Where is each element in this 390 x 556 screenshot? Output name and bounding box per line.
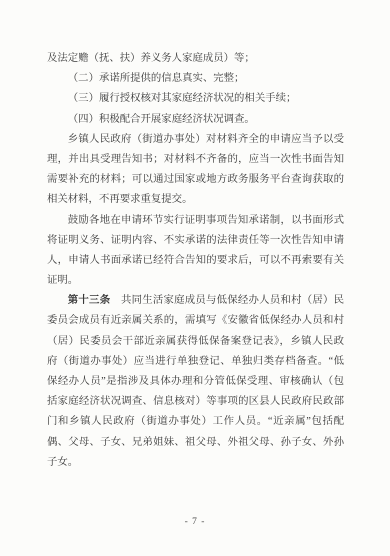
text-line: 证明。 <box>47 271 344 291</box>
text-line: 需要补充的材料；可以通过国家或地方政务服务平台查询获取的 <box>47 170 344 190</box>
text-line: 括家庭经济状况调查、信息核对）等事项的区县人民政府民政部 <box>47 392 344 412</box>
line-text: （二）承诺所提供的信息真实、完整； <box>68 73 245 84</box>
line-text: 府（街道办事处）应当进行单独登记、单独归类存档备查。“低 <box>47 356 344 367</box>
line-text: 需要补充的材料；可以通过国家或地方政务服务平台查询获取的 <box>47 174 344 185</box>
text-line: 门和乡镇人民政府（街道办事处）工作人员。“近亲属”包括配 <box>47 412 344 432</box>
text-line: 偶、父母、子女、兄弟姐妹、祖父母、外祖父母、孙子女、外孙 <box>47 433 344 453</box>
document-page: 及法定赡（抚、扶）养义务人家庭成员）等；（二）承诺所提供的信息真实、完整；（三）… <box>0 0 390 556</box>
line-text: 相关材料，不再要求重复提交。 <box>47 194 192 205</box>
line-text: 保经办人员”是指涉及具体办理和分管低保受理、审核确认（包 <box>47 376 344 387</box>
line-text: 人，申请人书面承诺已经符合告知的要求后，可以不再索要有关 <box>47 255 344 266</box>
text-line: （三）履行授权核对其家庭经济状况的相关手续； <box>47 89 344 109</box>
line-text: 共同生活家庭成员与低保经办人员和村（居）民 <box>110 295 344 306</box>
text-line: 鼓励各地在申请环节实行证明事项告知承诺制，以书面形式 <box>47 211 344 231</box>
text-line: 将证明义务、证明内容、不实承诺的法律责任等一次性告知申请 <box>47 231 344 251</box>
line-text: （居）民委员会干部近亲属获得低保备案登记表》，乡镇人民政 <box>47 336 344 347</box>
article-number: 第十三条 <box>68 295 111 306</box>
line-text: 偶、父母、子女、兄弟姐妹、祖父母、外祖父母、孙子女、外孙 <box>47 437 344 448</box>
line-text: 及法定赡（抚、扶）养义务人家庭成员）等； <box>47 53 255 64</box>
text-line: （四）积极配合开展家庭经济状况调查。 <box>47 110 344 130</box>
text-line: 理，并出具受理告知书；对材料不齐备的，应当一次性书面告知 <box>47 150 344 170</box>
line-text: 鼓励各地在申请环节实行证明事项告知承诺制，以书面形式 <box>68 215 344 226</box>
text-line: 子女。 <box>47 453 344 473</box>
line-text: 门和乡镇人民政府（街道办事处）工作人员。“近亲属”包括配 <box>47 416 344 427</box>
text-line: 府（街道办事处）应当进行单独登记、单独归类存档备查。“低 <box>47 352 344 372</box>
line-text: 子女。 <box>47 457 78 468</box>
line-text: （三）履行授权核对其家庭经济状况的相关手续； <box>68 93 297 104</box>
line-text: 将证明义务、证明内容、不实承诺的法律责任等一次性告知申请 <box>47 235 344 246</box>
line-text: （四）积极配合开展家庭经济状况调查。 <box>68 114 255 125</box>
text-line: 及法定赡（抚、扶）养义务人家庭成员）等； <box>47 49 344 69</box>
line-text: 理，并出具受理告知书；对材料不齐备的，应当一次性书面告知 <box>47 154 344 165</box>
text-line: 保经办人员”是指涉及具体办理和分管低保受理、审核确认（包 <box>47 372 344 392</box>
line-text: 委员会成员有近亲属关系的，需填写《安徽省低保经办人员和村 <box>47 315 344 326</box>
text-line: （二）承诺所提供的信息真实、完整； <box>47 69 344 89</box>
page-number: - 7 - <box>0 517 390 527</box>
text-line: （居）民委员会干部近亲属获得低保备案登记表》，乡镇人民政 <box>47 332 344 352</box>
page-text: 及法定赡（抚、扶）养义务人家庭成员）等；（二）承诺所提供的信息真实、完整；（三）… <box>47 49 344 473</box>
text-line: 第十三条 共同生活家庭成员与低保经办人员和村（居）民 <box>47 291 344 311</box>
text-line: 相关材料，不再要求重复提交。 <box>47 190 344 210</box>
line-text: 乡镇人民政府（街道办事处）对材料齐全的申请应当予以受 <box>68 134 344 145</box>
text-line: 乡镇人民政府（街道办事处）对材料齐全的申请应当予以受 <box>47 130 344 150</box>
text-line: 委员会成员有近亲属关系的，需填写《安徽省低保经办人员和村 <box>47 311 344 331</box>
line-text: 括家庭经济状况调查、信息核对）等事项的区县人民政府民政部 <box>47 396 344 407</box>
line-text: 证明。 <box>47 275 78 286</box>
text-line: 人，申请人书面承诺已经符合告知的要求后，可以不再索要有关 <box>47 251 344 271</box>
